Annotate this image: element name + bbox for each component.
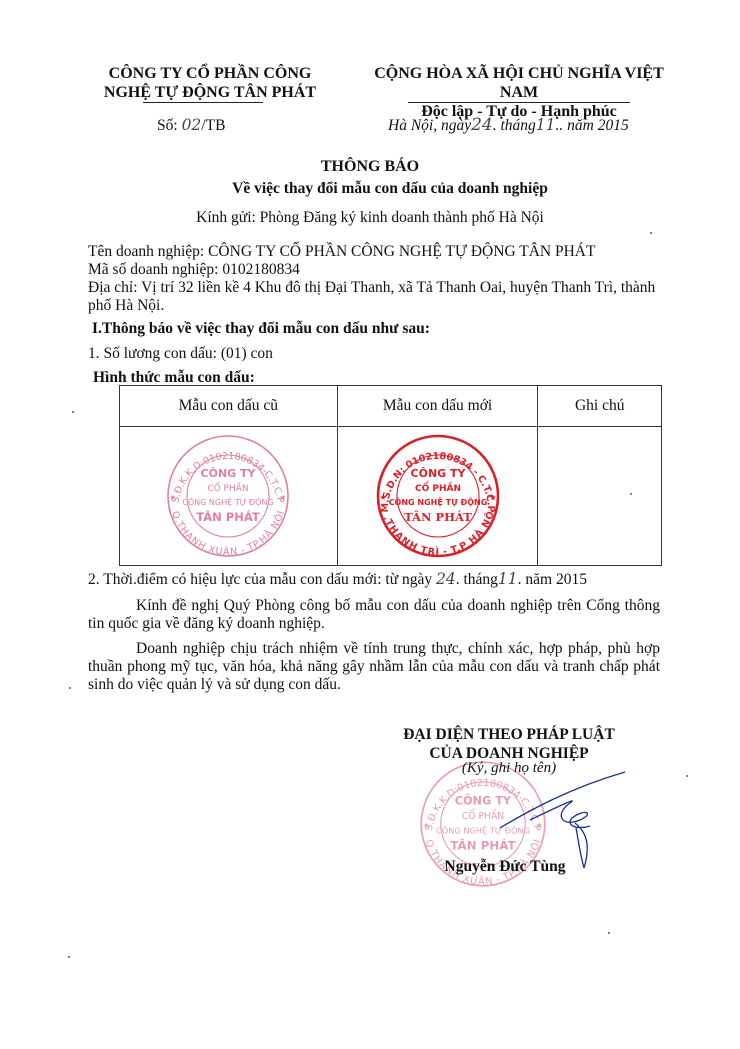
- tax-code-field: Mã số doanh nghiệp: 0102180834: [88, 261, 658, 279]
- svg-text:★: ★: [280, 493, 287, 502]
- svg-text:CỔ PHẦN: CỔ PHẦN: [415, 481, 461, 494]
- svg-text:CÔNG TY: CÔNG TY: [201, 467, 257, 480]
- date-prefix: Hà Nội, ngày: [388, 117, 471, 134]
- document-subject: Về việc thay đổi mẫu con dấu của doanh n…: [0, 180, 740, 198]
- seal-table: Mẫu con dấu cũ Mẫu con dấu mới Ghi chú S…: [119, 385, 662, 566]
- nation-title: CỘNG HÒA XÃ HỘI CHỦ NGHĨA VIỆT NAM: [362, 64, 676, 102]
- effective-date-line: 2. Thời.điểm có hiệu lực của mẫu con dấu…: [88, 570, 587, 589]
- svg-text:CÔNG TY: CÔNG TY: [410, 467, 466, 480]
- new-seal-cell: M.S.D.N: 0102180834 - C.T.C.PH.THANH TRÌ…: [337, 427, 538, 566]
- date-day-handwritten: 24: [471, 115, 493, 135]
- scan-speck: [72, 411, 74, 413]
- svg-text:CỔ PHẦN: CỔ PHẦN: [208, 481, 249, 494]
- old-seal-cell: S.Đ.K.K.D:0102180834-C.T.C.PQ.THANH XUÂN…: [120, 427, 338, 566]
- doc-number-label: Số:: [157, 117, 182, 134]
- company-header: CÔNG TY CỔ PHẦN CÔNG NGHỆ TỰ ĐỘNG TÂN PH…: [80, 64, 340, 102]
- seal-table-header: Mẫu con dấu cũ Mẫu con dấu mới Ghi chú: [120, 386, 662, 427]
- scan-speck: [650, 232, 652, 234]
- seal-quantity: 1. Số lương con dấu: (01) con: [88, 345, 273, 363]
- effective-prefix: 2. Thời.điểm có hiệu lực của mẫu con dấu…: [88, 571, 436, 588]
- effective-month-handwritten: 11: [498, 570, 518, 588]
- doc-number-handwritten: 02: [182, 116, 202, 134]
- scan-speck: [686, 775, 688, 777]
- svg-text:★: ★: [423, 821, 430, 830]
- effective-month-label: . tháng: [456, 571, 498, 588]
- svg-text:TÂN PHÁT: TÂN PHÁT: [197, 509, 261, 524]
- scan-speck: [630, 493, 632, 495]
- header-note: Ghi chú: [538, 386, 662, 427]
- svg-text:CÔNG NGHỆ TỰ ĐỘNG: CÔNG NGHỆ TỰ ĐỘNG: [183, 496, 274, 508]
- company-info: Tên doanh nghiệp: CÔNG TY CỔ PHẦN CÔNG N…: [88, 243, 658, 315]
- scan-speck: [608, 932, 610, 934]
- section-heading: I.Thông báo về việc thay đổi mẫu con dấu…: [92, 320, 430, 338]
- date-month-label: . tháng: [493, 117, 536, 134]
- document-number: Số: 02/TB: [157, 116, 225, 135]
- note-cell: [538, 427, 662, 566]
- date-month-handwritten: 11: [536, 116, 556, 134]
- svg-text:CỔ PHẦN: CỔ PHẦN: [462, 809, 505, 822]
- scan-speck: [68, 956, 70, 958]
- date-year: .. năm 2015: [556, 117, 629, 134]
- company-name-line2: NGHỆ TỰ ĐỘNG TÂN PHÁT: [80, 83, 340, 102]
- seal-table-row: S.Đ.K.K.D:0102180834-C.T.C.PQ.THANH XUÂN…: [120, 427, 662, 566]
- document-date: Hà Nội, ngày24. tháng11.. năm 2015: [388, 116, 629, 135]
- signer-name: Nguyễn Đức Tùng: [380, 858, 630, 876]
- svg-text:★: ★: [379, 493, 386, 502]
- document-title: THÔNG BÁO: [0, 158, 740, 176]
- svg-text:★: ★: [489, 493, 496, 502]
- company-name-line1: CÔNG TY CỔ PHẦN CÔNG: [80, 64, 340, 83]
- effective-day-handwritten: 24: [436, 570, 456, 588]
- doc-number-suffix: /TB: [201, 117, 225, 134]
- old-seal-stamp: S.Đ.K.K.D:0102180834-C.T.C.PQ.THANH XUÂN…: [160, 431, 296, 561]
- recipient-line: Kính gửi: Phòng Đăng ký kinh doanh thành…: [0, 209, 740, 227]
- company-underline: [143, 102, 263, 103]
- address-field: Địa chỉ: Vị trí 32 liền kề 4 Khu đô thị …: [88, 279, 658, 315]
- effective-year: . năm 2015: [518, 571, 587, 588]
- svg-text:CÔNG NGHỆ TỰ ĐỘNG: CÔNG NGHỆ TỰ ĐỘNG: [388, 496, 487, 507]
- nation-header: CỘNG HÒA XÃ HỘI CHỦ NGHĨA VIỆT NAM Độc l…: [362, 64, 676, 121]
- header-new-seal: Mẫu con dấu mới: [337, 386, 538, 427]
- motto-underline: [408, 102, 630, 103]
- scan-speck: [69, 687, 71, 689]
- header-old-seal: Mẫu con dấu cũ: [120, 386, 338, 427]
- signature-title-line1: ĐẠI DIỆN THEO PHÁP LUẬT: [380, 725, 638, 744]
- new-seal-stamp: M.S.D.N: 0102180834 - C.T.C.PH.THANH TRÌ…: [370, 431, 506, 561]
- svg-text:★: ★: [170, 493, 177, 502]
- request-paragraph: Kính đề nghị Quý Phòng công bố mẫu con d…: [88, 597, 660, 633]
- svg-text:TÂN PHÁT: TÂN PHÁT: [404, 510, 472, 524]
- responsibility-paragraph: Doanh nghiệp chịu trách nhiệm về tính tr…: [88, 640, 660, 694]
- company-name-field: Tên doanh nghiệp: CÔNG TY CỔ PHẦN CÔNG N…: [88, 243, 658, 261]
